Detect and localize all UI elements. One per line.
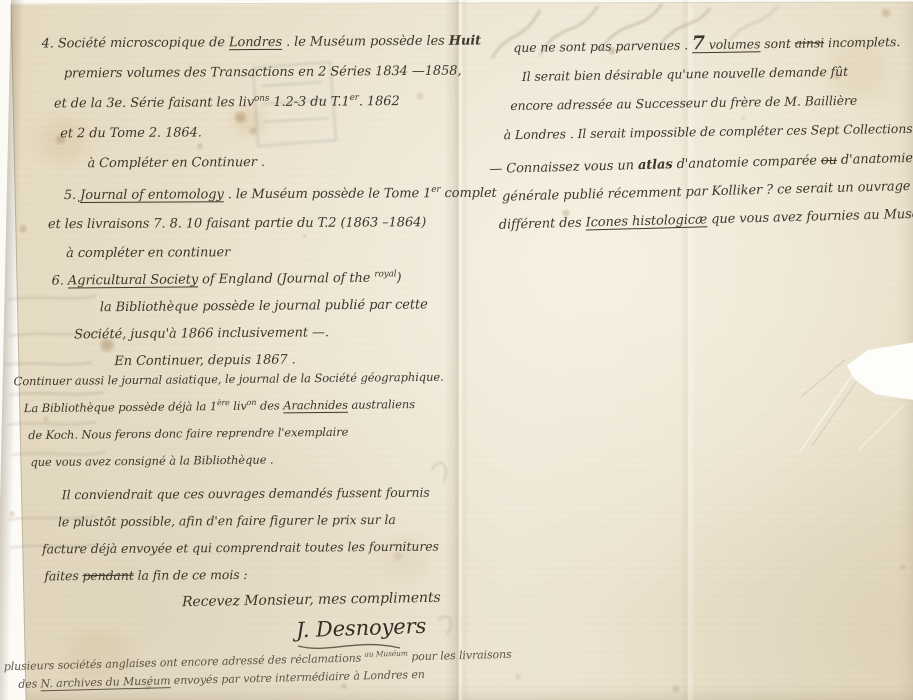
- foxing-stain: [514, 673, 522, 681]
- handwritten-segment: er: [350, 93, 359, 103]
- handwritten-segment: 7: [692, 32, 705, 54]
- handwritten-line: et 2 du Tome 2. 1864.: [60, 116, 482, 149]
- handwritten-line: J. Desnoyers: [296, 614, 427, 643]
- handwritten-line: faites pendant la fin de ce mois :: [44, 560, 439, 590]
- letter-paragraph-continuation: Continuer aussi le journal asiatique, le…: [13, 364, 444, 476]
- foxing-stain: [880, 7, 892, 19]
- handwritten-line: Il conviendrait que ces ouvrages demandé…: [62, 479, 439, 509]
- letter-item-6: 6. Agricultural Society of England (Jour…: [52, 264, 429, 375]
- handwritten-segment: Londres: [229, 35, 282, 50]
- letter-paragraph-request: Il conviendrait que ces ouvrages demandé…: [42, 479, 439, 590]
- handwritten-segment: ère: [217, 398, 230, 407]
- handwritten-segment: Icones histologicæ: [585, 212, 707, 230]
- handwritten-segment: N. archives du Muséum: [40, 674, 170, 690]
- foxing-stain: [899, 563, 907, 571]
- handwritten-segment: on: [247, 398, 257, 407]
- handwritten-segment: volumes: [705, 36, 761, 52]
- signature: J. Desnoyers: [296, 614, 427, 643]
- handwritten-segment: pendant: [82, 568, 133, 583]
- handwritten-segment: atlas: [638, 157, 673, 173]
- handwritten-line: à Compléter en Continuer .: [87, 146, 482, 179]
- foxing-stain: [18, 224, 28, 234]
- handwritten-line: le plustôt possible, afin d'en faire fig…: [58, 506, 439, 536]
- handwritten-segment: er: [431, 185, 440, 195]
- handwritten-line: 4. Société microscopique de Londres . le…: [41, 26, 481, 59]
- handwritten-line: et les livraisons 7. 8. 10 faisant parti…: [48, 208, 497, 239]
- handwritten-line: que vous avez consigné à la Bibliothèque…: [30, 445, 444, 476]
- paragraph-missing-volumes: que ne sont pas parvenues . 7 volumes so…: [502, 27, 913, 150]
- letter-item-4: 4. Société microscopique de Londres . le…: [41, 26, 482, 179]
- handwritten-line: et de la 3e. Série faisant les livons 1.…: [54, 86, 482, 119]
- letter-item-5: 5. Journal of entomology . le Muséum pos…: [48, 179, 497, 268]
- handwritten-line: la Bibliothèque possède le journal publi…: [100, 291, 428, 321]
- handwritten-segment: au Muséum: [364, 649, 408, 659]
- handwritten-segment: Journal of entomology: [80, 187, 224, 203]
- handwritten-segment: ainsi: [795, 35, 825, 50]
- foxing-stain: [8, 510, 16, 518]
- handwritten-segment: Agricultural Society: [68, 272, 198, 288]
- handwritten-segment: royal: [374, 269, 396, 279]
- paragraph-kolliker-question: — Connaissez vous un atlas d'anatomie co…: [489, 144, 913, 240]
- handwritten-line: Société, jusqu'à 1866 inclusivement —.: [74, 318, 428, 348]
- manuscript-letter-photo: 4. Société microscopique de Londres . le…: [0, 0, 913, 700]
- handwritten-segment: Arachnides: [283, 398, 348, 413]
- handwritten-line: à compléter en continuer: [66, 237, 497, 268]
- handwritten-line: 5. Journal of entomology . le Muséum pos…: [64, 179, 497, 210]
- handwritten-line: premiers volumes des Transactions en 2 S…: [64, 56, 482, 89]
- foxing-stain: [671, 684, 681, 694]
- handwritten-segment: Huit: [449, 33, 481, 48]
- handwritten-line: facture déjà envoyée et qui comprendrait…: [42, 533, 439, 563]
- handwritten-line: 6. Agricultural Society of England (Jour…: [52, 264, 428, 294]
- handwritten-segment: ons: [254, 94, 269, 104]
- handwritten-segment: ou: [821, 153, 837, 168]
